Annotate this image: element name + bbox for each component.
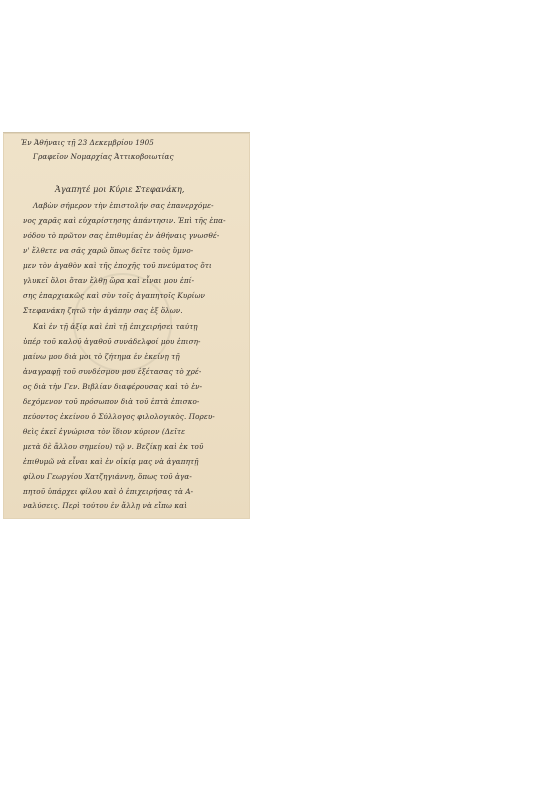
letter-body-line: θεὶς ἐκεῖ ἐγνώρισα τὸν ἴδιον κύριον (Δεῖ… bbox=[23, 427, 185, 436]
letter-body-line: νόδου τὸ πρῶτον σας ἐπιθυμίας ἐν ἀθήναις… bbox=[23, 231, 219, 240]
letter-body-line: μαίνω μου διὰ μοι τὸ ζήτημα ἐν ἐκείνῃ τῇ bbox=[23, 352, 180, 361]
letter-body-line: πεύοντος ἐκείνου ὁ Σύλλογος φιλολογικὸς.… bbox=[23, 412, 215, 421]
letter-body-line: Στεφανάκη ζητῶ τὴν ἀγάπην σας ἐξ ὅλων. bbox=[23, 306, 183, 315]
letter-body-line: φίλου Γεωργίου Χατζηγιάννη, ὅπως τοῦ ἀγα… bbox=[23, 472, 192, 481]
letter-body-line: ὑπέρ τοῦ καλοῦ ἀγαθοῦ συνάδελφοί μου ἐπι… bbox=[23, 337, 201, 346]
letter-body-line: πητοῦ ὑπάρχει φίλου καὶ ὁ ἐπιχειρήσας τὰ… bbox=[23, 487, 193, 496]
letter-office-line: Γραφεῖον Νομαρχίας Ἀττικοβοιωτίας bbox=[33, 152, 174, 161]
letter-body-line: Καὶ ἐν τῇ ἀξίᾳ καὶ ἐπὶ τῇ ἐπιχειρήσει τα… bbox=[33, 322, 198, 331]
letter-body-line: ἀναγραφῇ τοῦ συνδέσμου μου ἐξέτασας τὸ χ… bbox=[23, 367, 201, 376]
letter-body-line: νος χαρᾶς καὶ εὐχαρίστησης ἀπάντησιν. Ἐπ… bbox=[23, 216, 226, 225]
letter-salutation: Ἀγαπητέ μοι Κύριε Στεφανάκη, bbox=[55, 185, 185, 194]
letter-body-line: Λαβὼν σήμερον τὴν ἐπιστολήν σας ἐπανερχό… bbox=[33, 201, 214, 210]
letter-body-line: ναλύσεις. Περὶ τούτου ἐν ἄλλῃ νὰ εἴπω κα… bbox=[23, 501, 187, 510]
letter-body-line: ος διὰ τὴν Γεν. Βιβλίαν διαφέρουσας καὶ … bbox=[23, 382, 202, 391]
letter-body-line: μετὰ δὲ ἄλλου σημείου) τῷ ν. Βεζίκῃ καὶ … bbox=[23, 442, 203, 451]
letter-body-line: ἐπιθυμῶ νὰ εἶναι καὶ ἐν οἰκίᾳ μας νὰ ἀγα… bbox=[23, 457, 198, 466]
letter-body-line: δεχόμενον τοῦ πρόσωπον διὰ τοῦ ἑπτὰ ἐπισ… bbox=[23, 397, 199, 406]
letter-body-line: γλυκεῖ ὅλοι ὅταν ἔλθῃ ὥρα καὶ εἶναι μου … bbox=[23, 276, 194, 285]
letter-date-line: Ἐν Ἀθήναις τῇ 23 Δεκεμβρίου 1905 bbox=[21, 138, 154, 147]
letter-body-line: μεν τὸν ἀγαθὸν καὶ τῆς ἐποχῆς τοῦ πνεύμα… bbox=[23, 261, 212, 270]
letter-body-line: σης ἐπαρχιακῶς καὶ σὺν τοῖς ἀγαπητοῖς Κυ… bbox=[23, 291, 205, 300]
letter-page: Ἐν Ἀθήναις τῇ 23 Δεκεμβρίου 1905 Γραφεῖο… bbox=[3, 132, 250, 519]
letter-body-line: ν' ἔλθετε να σᾶς χαρῶ ὅπως δεῖτε τοὺς ὕμ… bbox=[23, 246, 193, 255]
